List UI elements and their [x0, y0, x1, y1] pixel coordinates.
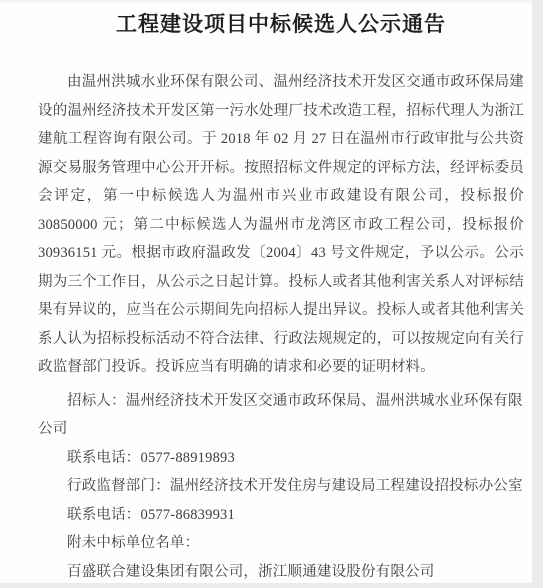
notice-body-paragraph: 由温州洪城水业环保有限公司、温州经济技术开发区交通市政环保局建设的温州经济技术开…: [38, 68, 524, 382]
unsuccessful-bidders-line: 百盛联合建设集团有限公司，浙江顺通建设股份有限公司: [38, 558, 524, 587]
contact-phone-line-2: 联系电话：0577-86839931: [38, 501, 524, 530]
tenderer-line: 招标人：温州经济技术开发区交通市政环保局、温州洪城水业环保有限公司: [38, 387, 524, 444]
attachment-heading-line: 附未中标单位名单：: [38, 529, 524, 558]
screenshot-bottom-edge: [0, 583, 532, 588]
contact-phone-line-1: 联系电话：0577-88919893: [38, 444, 524, 473]
notice-document-page: 工程建设项目中标候选人公示通告 由温州洪城水业环保有限公司、温州经济技术开发区交…: [0, 0, 543, 588]
notice-title: 工程建设项目中标候选人公示通告: [38, 10, 524, 38]
notice-content: 工程建设项目中标候选人公示通告 由温州洪城水业环保有限公司、温州经济技术开发区交…: [38, 8, 524, 586]
supervision-department-line: 行政监督部门：温州经济技术开发住房与建设局工程建设招投标办公室: [38, 472, 524, 501]
screenshot-top-edge: [0, 0, 543, 3]
screenshot-right-edge: [532, 0, 543, 588]
